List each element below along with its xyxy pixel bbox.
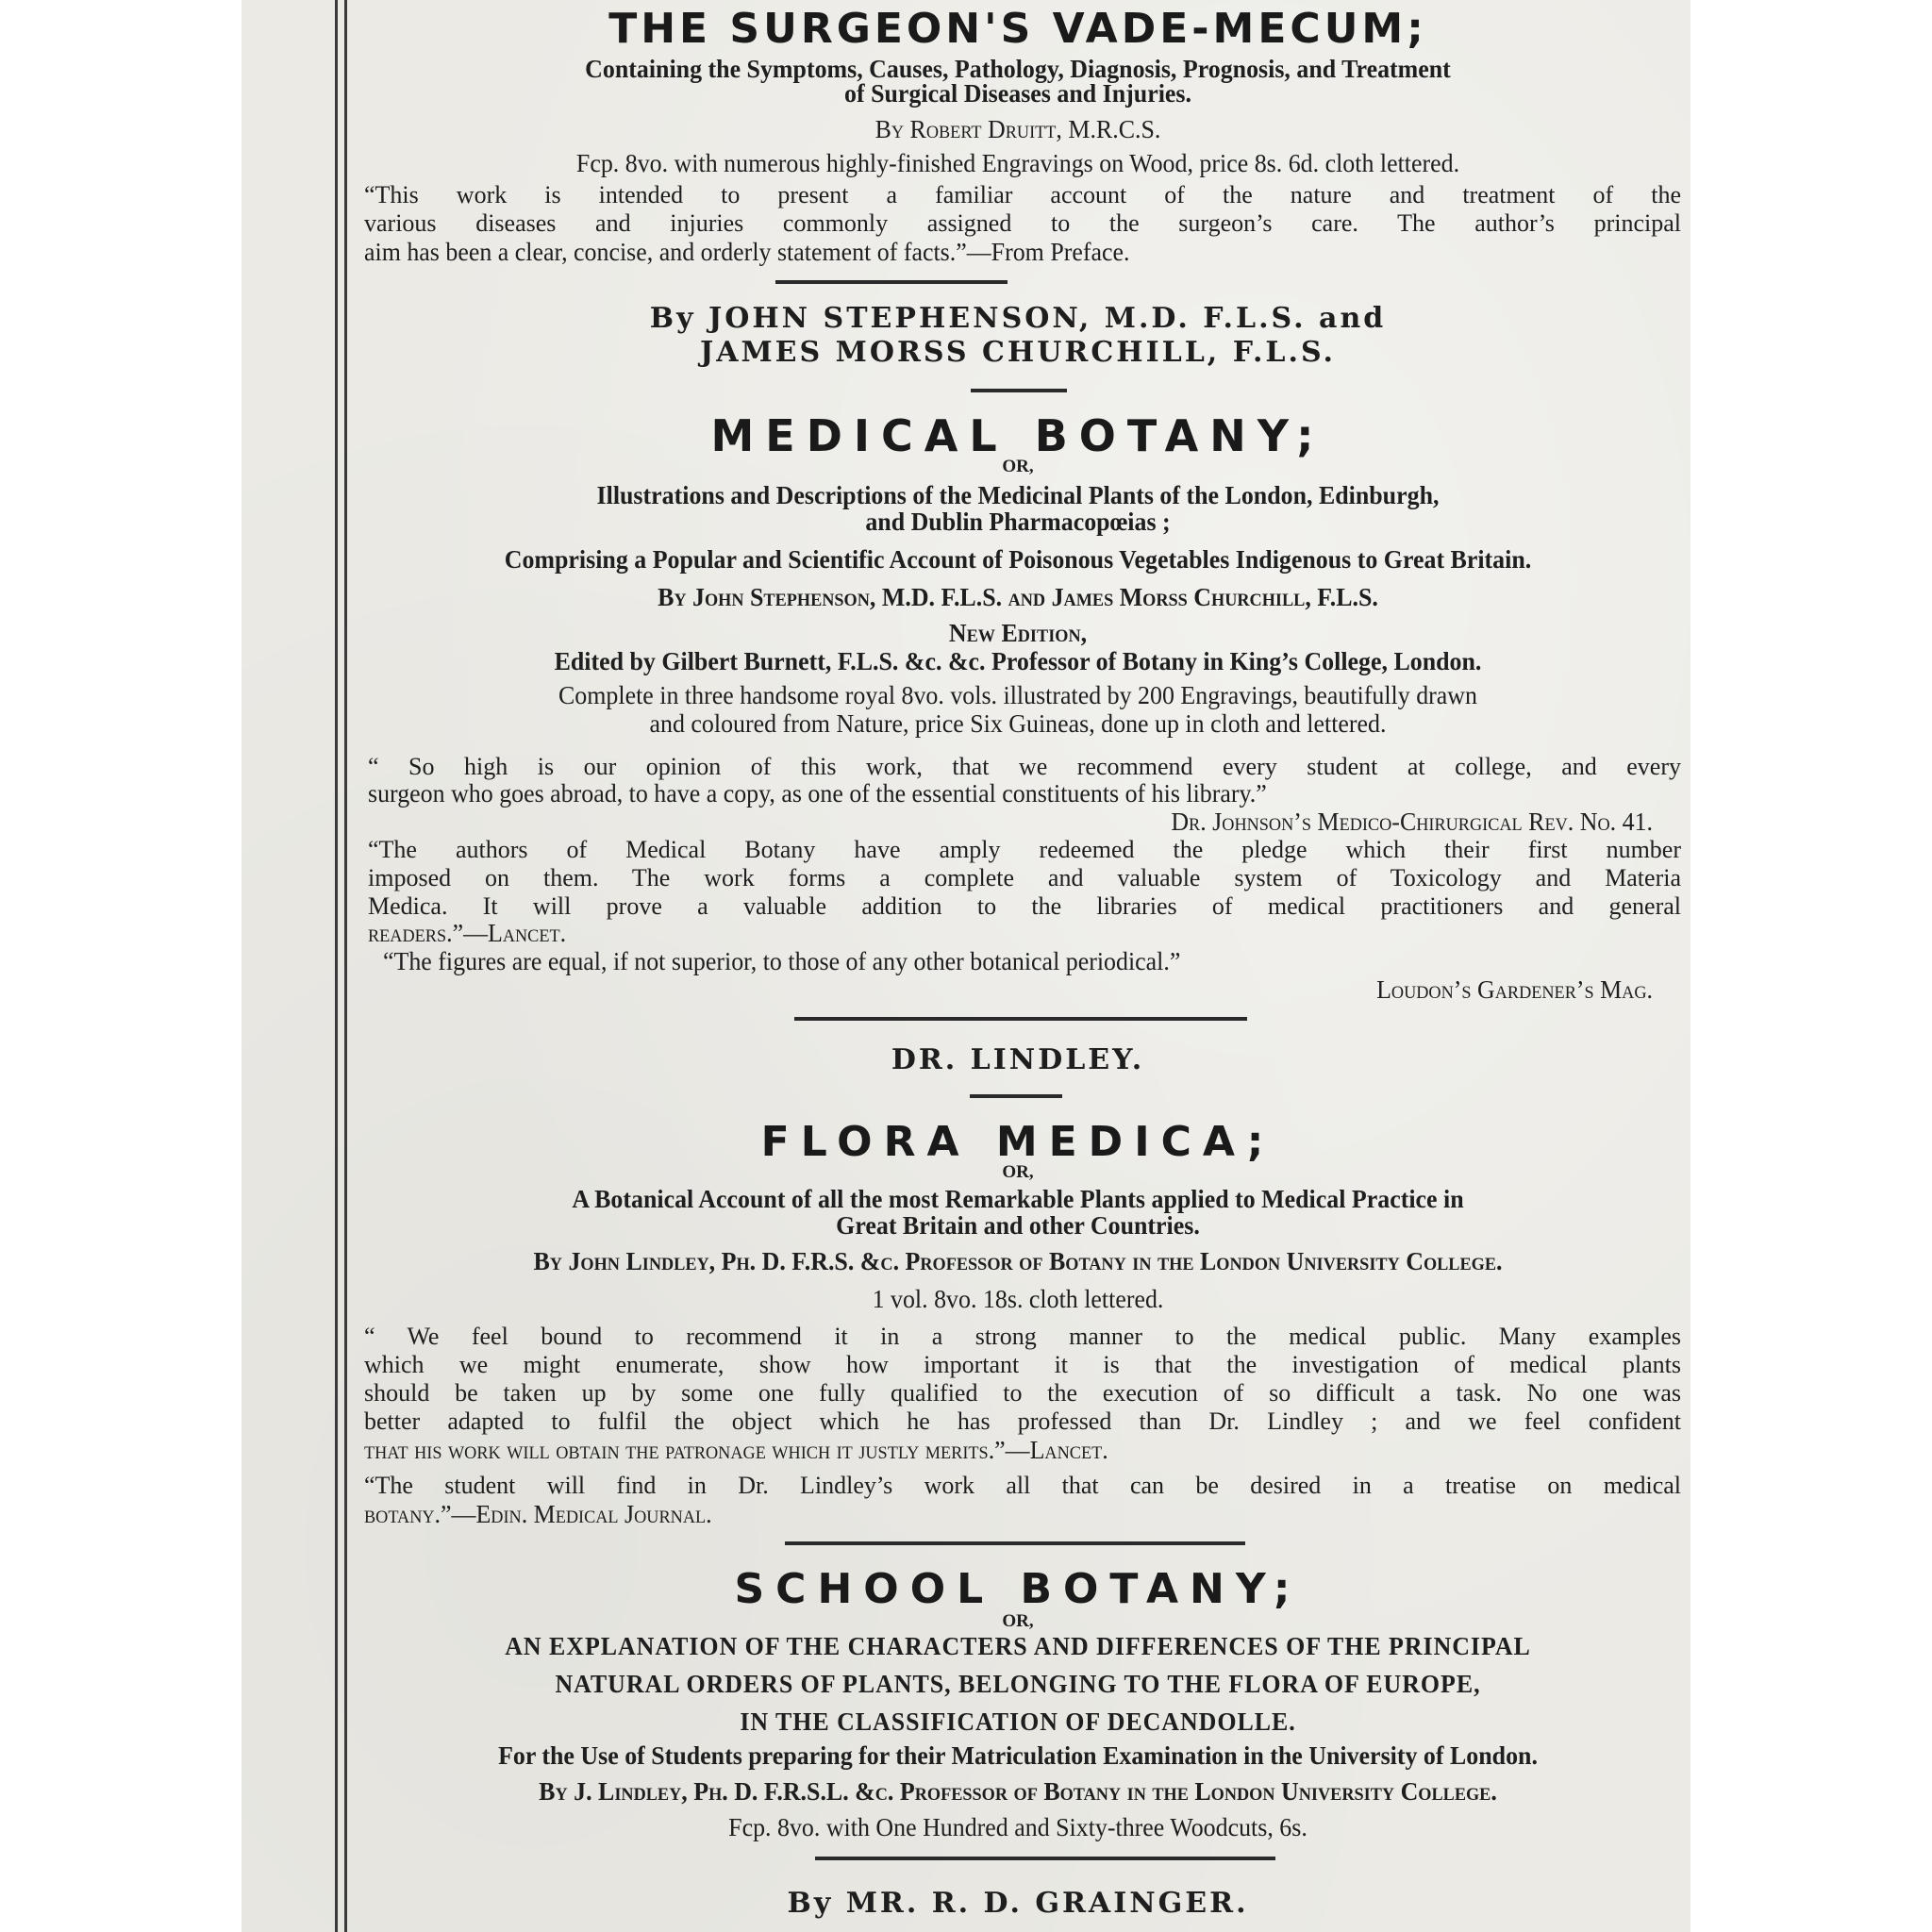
book-subtitle-line: of Surgical Diseases and Injuries. xyxy=(381,79,1655,108)
book-author: By Robert Druitt, M.R.C.S. xyxy=(381,115,1655,143)
review-line: “ So high is our opinion of this work, t… xyxy=(368,753,1681,781)
review-line: “The student will find in Dr. Lindley’s … xyxy=(364,1472,1681,1500)
review-line: imposed on them. The work forms a comple… xyxy=(368,864,1681,892)
review-line: readers.”—Lancet. xyxy=(368,919,1628,947)
short-divider xyxy=(970,1094,1062,1098)
author-header: DR. LINDLEY. xyxy=(355,1043,1681,1077)
review-line: surgeon who goes abroad, to have a copy,… xyxy=(368,779,1628,808)
review-line: “The figures are equal, if not superior,… xyxy=(383,947,1629,975)
book-subtitle-line: Comprising a Popular and Scientific Acco… xyxy=(381,545,1655,574)
book-format-line: Complete in three handsome royal 8vo. vo… xyxy=(381,681,1655,709)
review-line: better adapted to fulfil the object whic… xyxy=(364,1407,1681,1436)
review-line: that his work will obtain the patronage … xyxy=(364,1436,1628,1464)
section-divider xyxy=(775,280,1008,284)
preface-quote-line: various diseases and injuries commonly a… xyxy=(364,209,1681,238)
review-source: Dr. Johnson’s Medico-Chirurgical Rev. No… xyxy=(407,808,1653,836)
or-connector: OR, xyxy=(355,1162,1681,1183)
review-source: Loudon’s Gardener’s Mag. xyxy=(407,975,1653,1004)
review-line: should be taken up by some one fully qua… xyxy=(364,1379,1681,1407)
book-author: By J. Lindley, Ph. D. F.R.S.L. &c. Profe… xyxy=(381,1777,1655,1806)
book-edition: New Edition, xyxy=(381,619,1655,647)
or-connector: OR, xyxy=(355,1611,1681,1632)
book-subtitle-line: A Botanical Account of all the most Rema… xyxy=(381,1185,1655,1213)
review-line: “ We feel bound to recommend it in a str… xyxy=(364,1323,1681,1351)
or-connector: OR, xyxy=(355,457,1681,477)
book-format: Fcp. 8vo. with numerous highly-finished … xyxy=(381,149,1655,177)
short-divider xyxy=(971,389,1067,392)
book-title: THE SURGEON'S VADE-MECUM; xyxy=(355,6,1681,53)
book-subtitle-line: IN THE CLASSIFICATION OF DECANDOLLE. xyxy=(381,1707,1655,1736)
author-header: By MR. R. D. GRAINGER. xyxy=(355,1887,1681,1921)
book-format: Fcp. 8vo. with One Hundred and Sixty-thr… xyxy=(381,1813,1655,1841)
book-author: By John Stephenson, M.D. F.L.S. and Jame… xyxy=(381,583,1655,611)
review-line: which we might enumerate, show how impor… xyxy=(364,1351,1681,1379)
review-line: botany.”—Edin. Medical Journal. xyxy=(364,1500,1628,1528)
book-editor: Edited by Gilbert Burnett, F.L.S. &c. &c… xyxy=(381,647,1655,675)
book-title: MEDICAL BOTANY; xyxy=(355,411,1681,460)
book-title: SCHOOL BOTANY; xyxy=(355,1566,1681,1613)
author-header: By JOHN STEPHENSON, M.D. F.L.S. and xyxy=(355,302,1681,336)
book-subtitle-line: and Dublin Pharmacopœias ; xyxy=(381,508,1655,536)
book-subtitle-line: Illustrations and Descriptions of the Me… xyxy=(381,481,1655,509)
book-subtitle-line: AN EXPLANATION OF THE CHARACTERS AND DIF… xyxy=(381,1632,1655,1660)
scanned-page: THE SURGEON'S VADE-MECUM; Containing the… xyxy=(241,0,1690,1932)
section-divider xyxy=(815,1857,1275,1860)
margin-rule-inner xyxy=(344,0,347,1932)
section-divider xyxy=(794,1017,1247,1021)
preface-quote-line: aim has been a clear, concise, and order… xyxy=(364,238,1628,266)
book-format-line: and coloured from Nature, price Six Guin… xyxy=(381,709,1655,738)
margin-rule-outer xyxy=(335,0,338,1932)
book-purpose: For the Use of Students preparing for th… xyxy=(381,1741,1655,1770)
book-subtitle-line: Great Britain and other Countries. xyxy=(381,1211,1655,1240)
book-author: By John Lindley, Ph. D. F.R.S. &c. Profe… xyxy=(381,1247,1655,1275)
review-line: Medica. It will prove a valuable additio… xyxy=(368,892,1681,921)
book-subtitle-line: NATURAL ORDERS OF PLANTS, BELONGING TO T… xyxy=(381,1670,1655,1698)
book-title: FLORA MEDICA; xyxy=(355,1119,1681,1166)
author-header: JAMES MORSS CHURCHILL, F.L.S. xyxy=(355,336,1681,370)
book-format: 1 vol. 8vo. 18s. cloth lettered. xyxy=(381,1285,1655,1313)
preface-quote-line: “This work is intended to present a fami… xyxy=(364,181,1681,209)
review-line: “The authors of Medical Botany have ampl… xyxy=(368,836,1681,864)
section-divider xyxy=(785,1541,1245,1545)
